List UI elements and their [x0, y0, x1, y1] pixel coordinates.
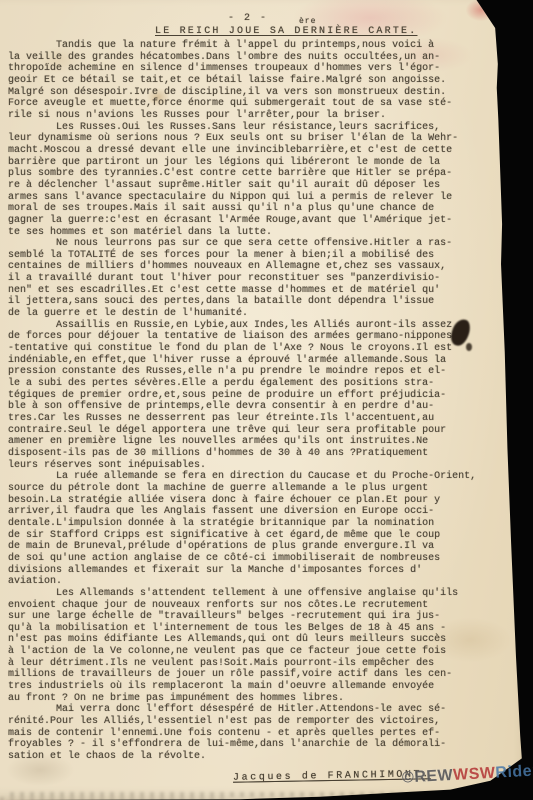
paragraph: La ruée allemande se fera en direction d…	[8, 471, 508, 588]
watermark-copyright-icon: ©REW	[402, 767, 454, 787]
document-paper: - 2 - ère LE REICH JOUE SA DERNIÈRE CART…	[0, 0, 533, 800]
document-title: LE REICH JOUE SA DERNIÈRE CARTE.	[155, 26, 417, 37]
document-body: Tandis que la nature frémit à l'appel du…	[8, 40, 508, 763]
page-number: - 2 -	[228, 13, 268, 24]
title-typed-correction: ère	[299, 17, 316, 26]
watermark-red-text: WSW	[453, 765, 496, 784]
paragraph: Mai verra donc l'effort désespéré de Hit…	[8, 704, 508, 762]
paragraph: Ne nous leurrons pas sur ce que sera cet…	[8, 238, 508, 320]
photo-of-document: { "document": { "page_number": "- 2 -", …	[0, 0, 533, 800]
watermark-blue-text: Rider	[495, 762, 533, 781]
paragraph: Les Russes.Oui les Russes.Sans leur rési…	[8, 122, 508, 239]
paragraph: Assaillis en Russie,en Lybie,aux Indes,l…	[8, 320, 508, 472]
ink-blot-droplet	[466, 343, 472, 351]
paragraph: Les Allemands s'attendent tellement à un…	[8, 588, 508, 705]
paragraph: Tandis que la nature frémit à l'appel du…	[8, 40, 508, 122]
